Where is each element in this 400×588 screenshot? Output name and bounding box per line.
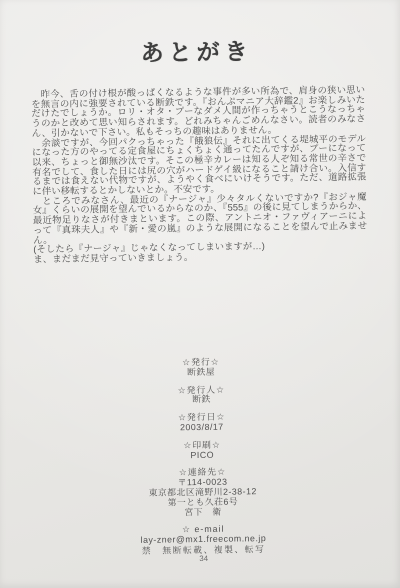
paragraph-1: 昨今、舌の付け根が酸っぱくなるような事件が多い所為で、肩身の狭い思いを無言の内に… (31, 86, 366, 139)
colophon-publisher: ☆発行☆ 断鉄屋 (1, 355, 400, 380)
colophon-contact: ☆連絡先☆ 〒114-0023 東京都北区滝野川2-38-12 第一とも久荘6号… (2, 466, 400, 521)
paragraph-2: 余談ですが、今回パクっちゃった『餓狼伝』それに出てくる堤城平のモデルになった方の… (32, 134, 367, 197)
colophon-issue-date: ☆発行日☆ 2003/8/17 (2, 410, 400, 435)
afterword-body: 昨今、舌の付け根が酸っぱくなるような事件が多い所為で、肩身の狭い思いを無言の内に… (31, 86, 367, 265)
colophon-printer: ☆印刷☆ PICO (2, 438, 400, 463)
page-title: あとがき (0, 31, 397, 70)
scanned-afterword-page: あとがき 昨今、舌の付け根が酸っぱくなるような事件が多い所為で、肩身の狭い思いを… (0, 0, 400, 588)
colophon: ☆発行☆ 断鉄屋 ☆発行人☆ 断鉄 ☆発行日☆ 2003/8/17 ☆印刷☆ P… (1, 355, 400, 556)
colophon-issuer: ☆発行人☆ 断鉄 (1, 383, 400, 408)
scan-content: あとがき 昨今、舌の付け根が酸っぱくなるような事件が多い所為で、肩身の狭い思いを… (0, 0, 400, 588)
paragraph-3: ところでみなさん、最近の『ナージャ』少々タルくないですか?『おジャ魔女』くらいの… (33, 192, 368, 245)
